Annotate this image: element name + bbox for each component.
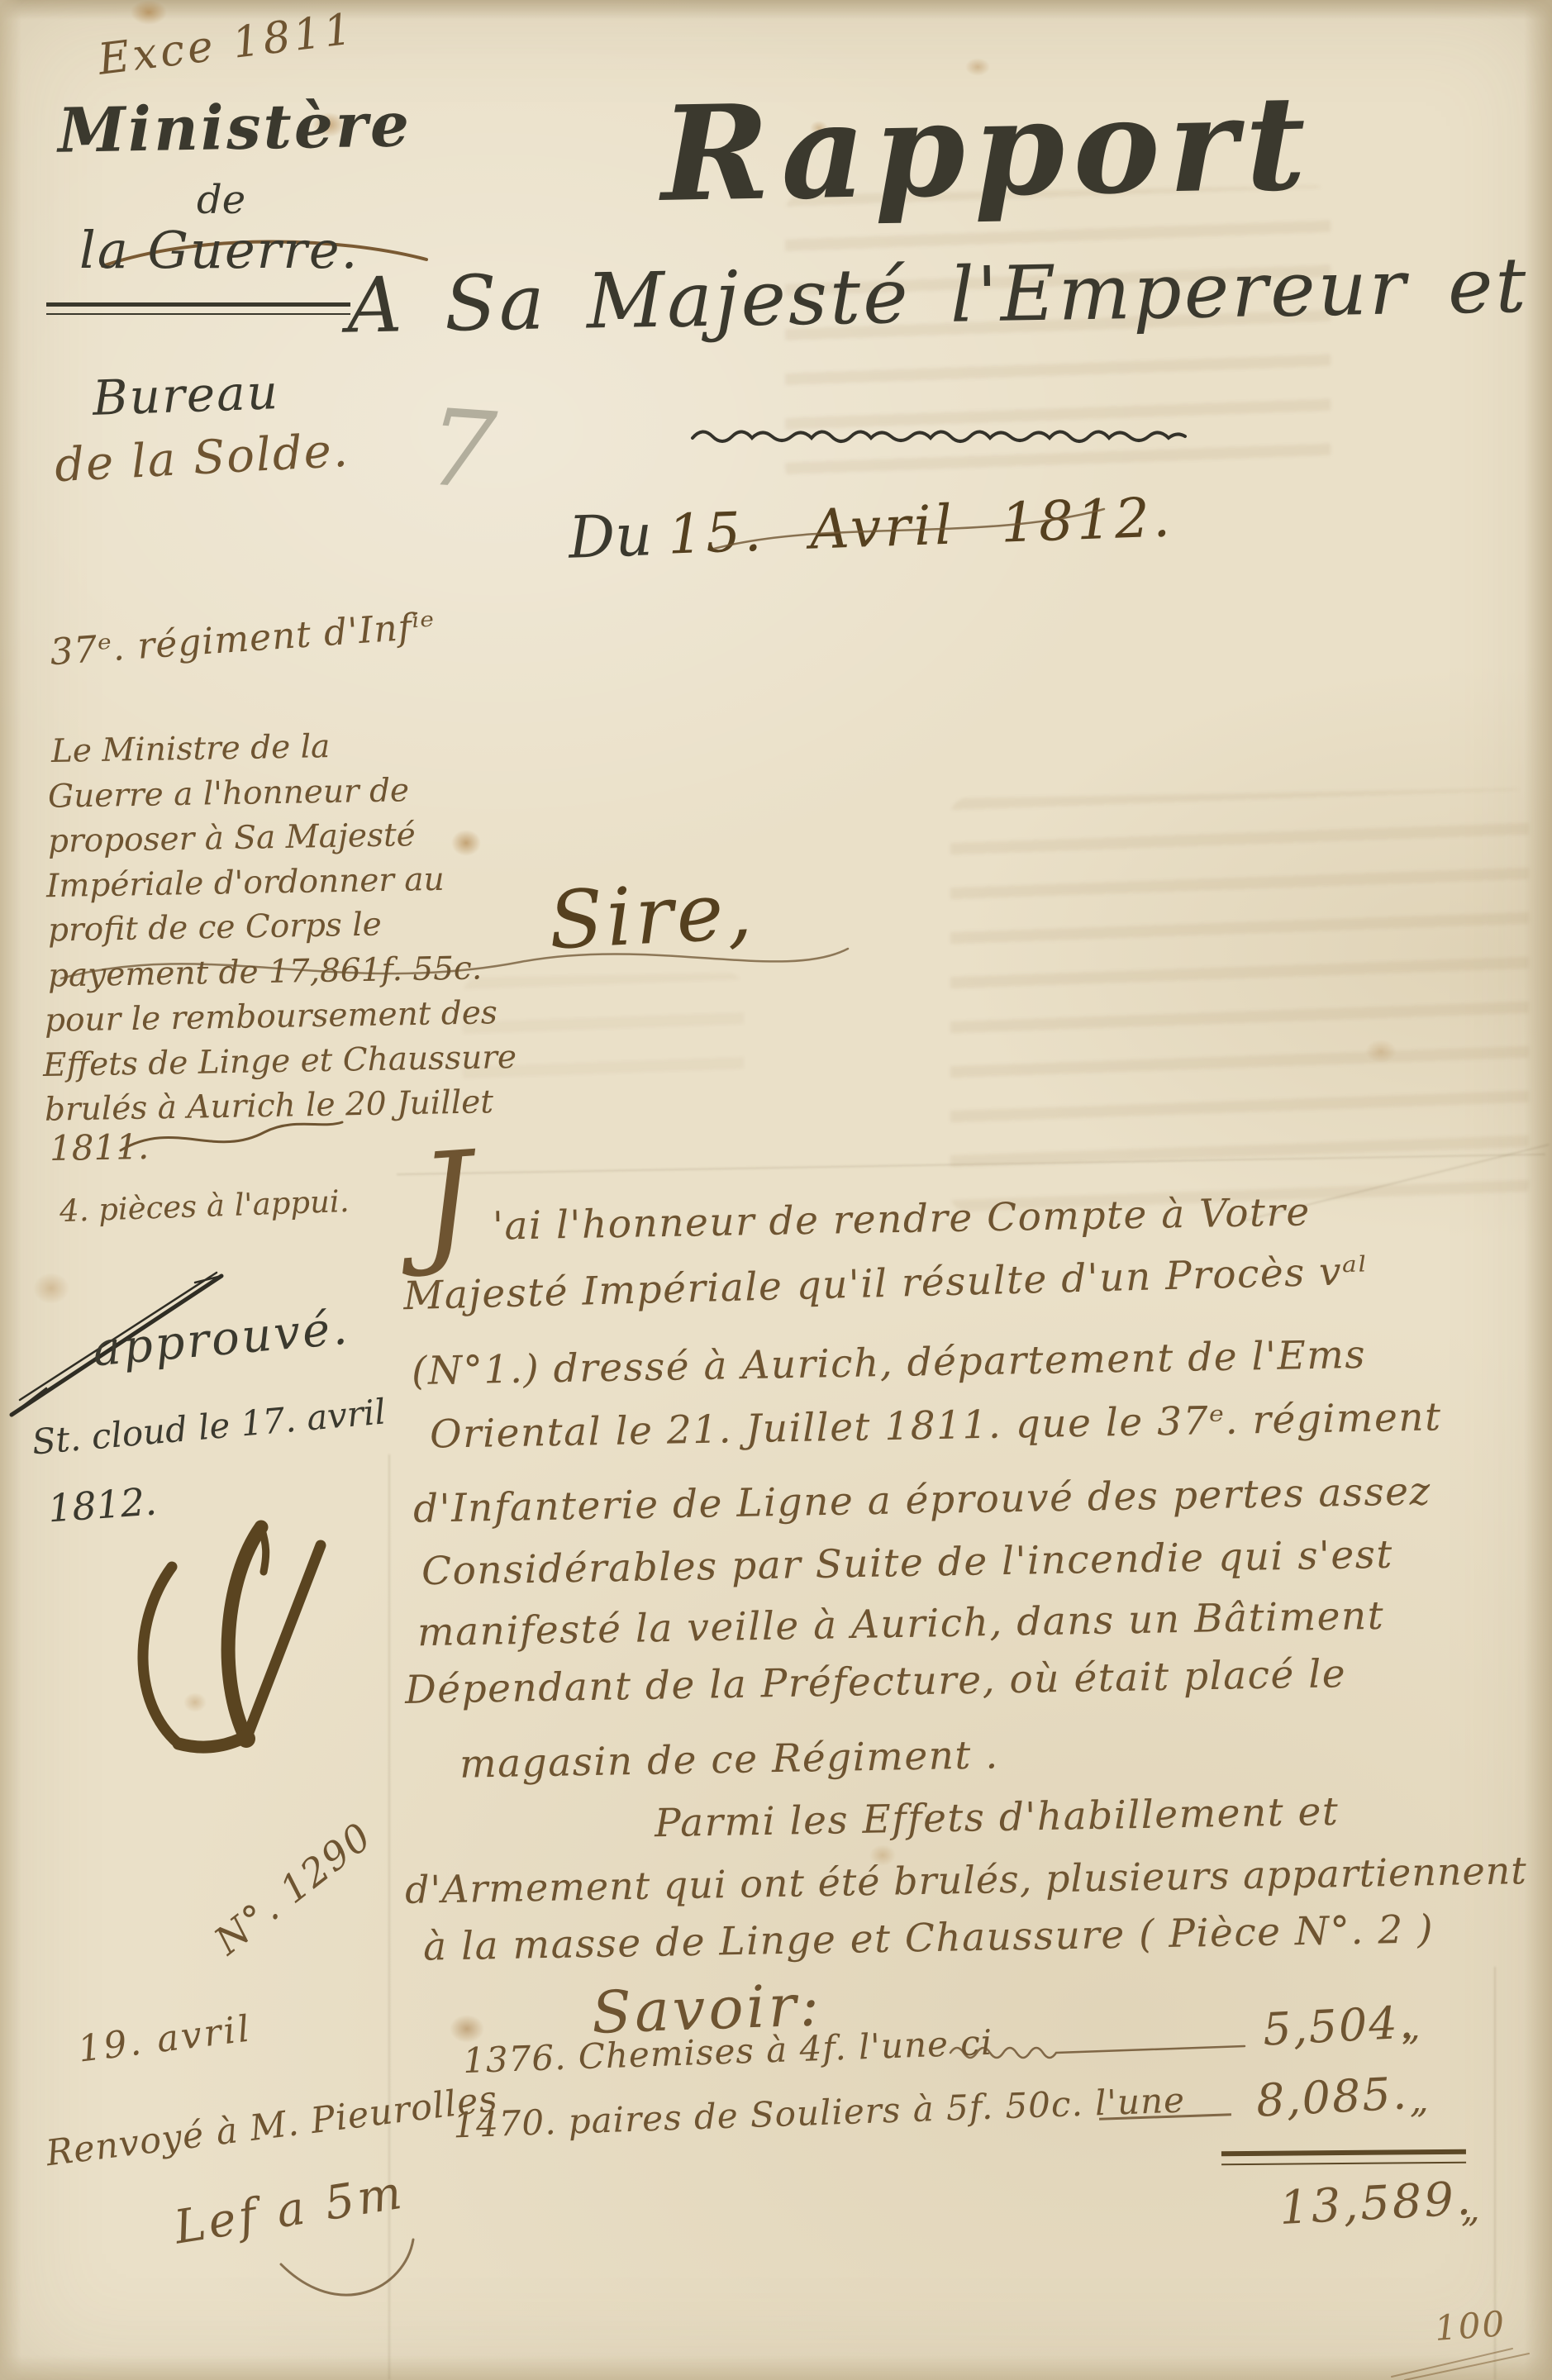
margin-proposal-line: Impériale d'ordonner au [46, 861, 445, 905]
margin-proposal-line: Le Ministre de la [51, 728, 331, 770]
line-item-cents: „ [1410, 2079, 1429, 2121]
body-line: Dépendant de la Préfecture, où était pla… [405, 1651, 1347, 1713]
letterhead-de: de [197, 177, 245, 223]
line-item-desc: 1376. Chemises à 4f. l'une ci [462, 2022, 993, 2081]
body-line: 'ai l'honneur de rendre Compte à Votre [493, 1189, 1312, 1249]
date-flourish [711, 494, 1107, 560]
salutation-flourish [58, 924, 851, 1007]
body-line: Majesté Impériale qu'il résulte d'un Pro… [402, 1249, 1369, 1320]
corner-pen-strokes [1388, 2344, 1552, 2380]
body-line: d'Infanterie de Ligne a éprouvé des pert… [413, 1468, 1432, 1531]
body-line: Oriental le 21. Juillet 1811. que le 37ᵉ… [430, 1394, 1442, 1457]
body-line: Parmi les Effets d'habillement et [655, 1789, 1340, 1846]
margin-pieces-note: 4. pièces à l'appui. [59, 1183, 350, 1229]
letterhead-guerre: la Guerre. [79, 220, 359, 280]
foxing-spot [450, 2015, 484, 2043]
leader-squiggle [950, 2040, 1248, 2063]
letterhead-double-rule [46, 302, 350, 315]
margin-regiment: 37ᵉ. régiment d'Infⁱᵉ [49, 605, 437, 674]
margin-flourish [116, 1114, 347, 1164]
letterhead-ministry: Ministère [57, 89, 412, 166]
report-subtitle: A Sa Majesté l'Empereur et Roi. [346, 237, 1552, 350]
body-line: Considérables par Suite de l'incendie qu… [421, 1532, 1394, 1595]
wavy-divider-icon [693, 425, 1188, 450]
napoleon-paraph-icon [99, 1502, 372, 1775]
showthrough-mid-right [950, 788, 1529, 1211]
foxing-spot [1365, 1040, 1397, 1063]
foxing-spot [451, 830, 481, 856]
date-prefix: Du [568, 501, 654, 571]
dossier-number: N°. 1290 [206, 1813, 380, 1963]
foxing-spot [131, 0, 167, 25]
margin-proposal-line: Effets de Linge et Chaussure [43, 1039, 517, 1084]
total-amount: 13,589. [1278, 2172, 1474, 2235]
margin-date-note: 19. avril [76, 2007, 255, 2070]
line-item-amount: 8,085. [1254, 2067, 1409, 2127]
report-title: Rapport [659, 67, 1315, 231]
total-rule [1221, 2149, 1466, 2166]
body-line: d'Armement qui ont été brulés, plusieurs… [405, 1848, 1528, 1912]
margin-proposal-line: proposer à Sa Majesté [48, 816, 417, 860]
renvoi-signature-flourish [273, 2231, 421, 2330]
total-cents: „ [1461, 2188, 1480, 2230]
line-item-desc: 1470. paires de Souliers à 5f. 50c. l'un… [452, 2080, 1185, 2146]
bureau-line1: Bureau [92, 364, 280, 426]
bureau-line2: de la Solde. [54, 424, 351, 493]
body-line: (N°1.) dressé à Aurich, département de l… [412, 1332, 1367, 1394]
manuscript-page: Exce 1811 Ministère de la Guerre. Bureau… [0, 0, 1552, 2380]
body-line: manifesté la veille à Aurich, dans un Bâ… [417, 1593, 1385, 1655]
margin-proposal-line: Guerre a l'honneur de [48, 772, 410, 816]
pencil-number: 7 [424, 386, 500, 513]
line-item-amount: 5,504. [1261, 1996, 1416, 2056]
body-dropcap: J [415, 1122, 478, 1280]
renvoi-note: Renvoyé à M. Pieurolles [44, 2078, 500, 2175]
line-item-cents: „ [1402, 2006, 1421, 2049]
page-number: 100 [1433, 2303, 1507, 2349]
body-line: magasin de ce Régiment . [459, 1732, 1000, 1787]
body-line: à la masse de Linge et Chaussure ( Pièce… [423, 1906, 1435, 1969]
